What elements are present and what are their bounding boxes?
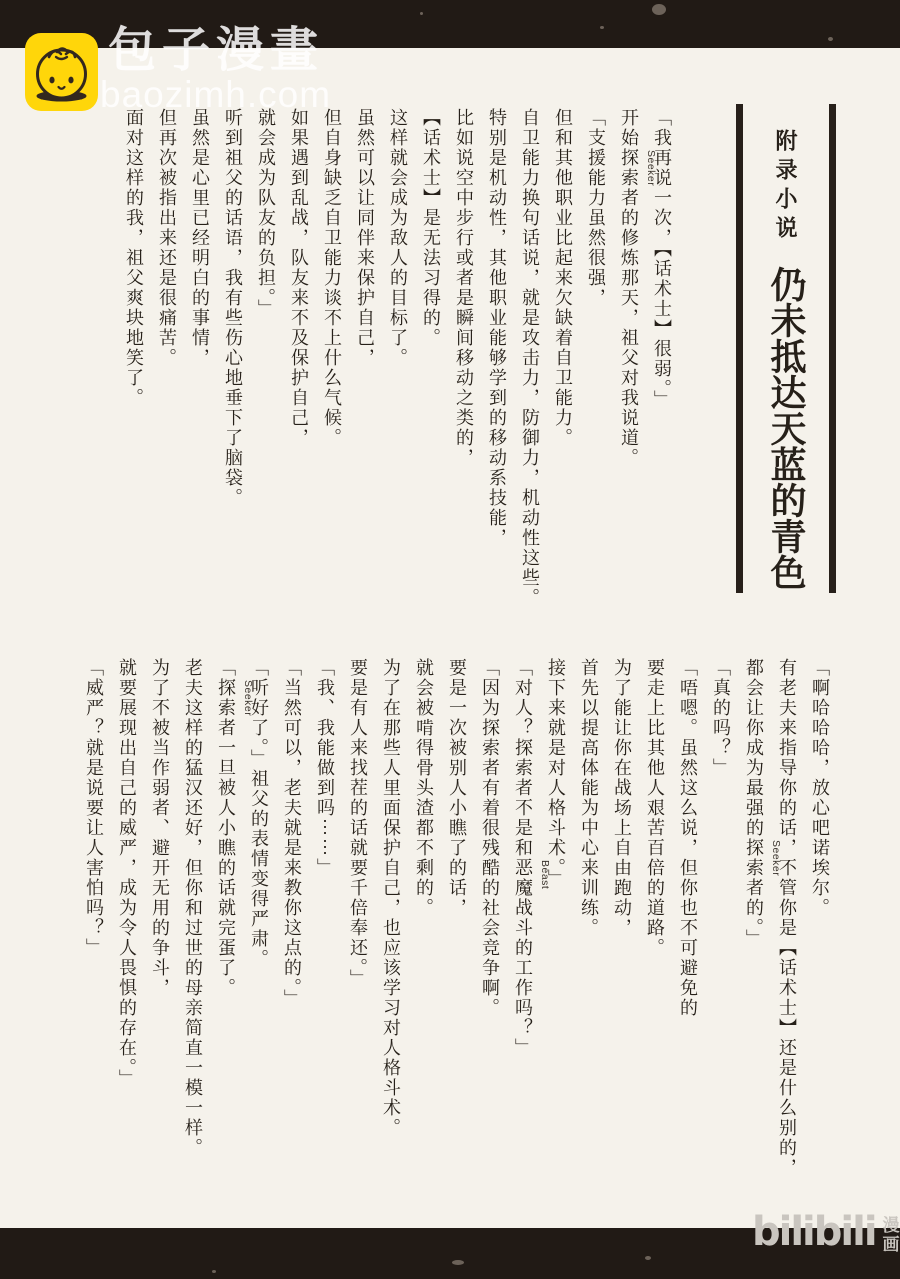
ruby-base: 恶魔Beast [513,858,533,898]
ruby-base: 探索者Seeker [744,838,764,898]
text-column: 有老夫来指导你的话，不管你是【话术士】还是什么别的， [770,658,803,1207]
title-rule-left [736,104,743,593]
texture-speck [600,26,604,29]
text-column: 「因为探索者有着很残酷的社会竞争啊。 [473,658,506,1207]
top-text-block: 「我再说一次，【话术士】很弱。」开始探索者Seeker的修炼那天，祖父对我说道。… [117,108,678,629]
ruby-annotation: Seeker [771,840,782,876]
text-column: 听到祖父的话语，我有些伤心地垂下了脑袋。 [216,108,249,629]
text-column: 但再次被指出来还是很痛苦。 [150,108,183,629]
bilibili-wordmark: bilibili [752,1212,876,1252]
text-column: 老夫这样的猛汉还好，但你和过世的母亲简直一模一样。 [176,658,209,1207]
text-column: 但和其他职业比起来欠缺着自卫能力。 [546,108,579,629]
text-column: 虽然可以让同伴来保护自己， [348,108,381,629]
novel-title: 仍未抵达天蓝的青色 [768,266,804,590]
ruby-annotation: Seeker [243,680,254,716]
text-column: 比如说空中步行或者是瞬间移动之类的， [447,108,480,629]
text-column: 为了在那些人里面保护自己，也应该学习对人格斗术。 [374,658,407,1207]
text-column: 「探索者Seeker一旦被人小瞧的话就完蛋了。 [209,658,242,1207]
appendix-label: 附录小说 [774,129,796,245]
texture-speck [652,4,666,15]
text-column: 「我、我能做到吗⋯⋯」 [308,658,341,1207]
text-column: 为了不被当作弱者、避开无用的争斗， [143,658,176,1207]
texture-speck [452,1260,464,1265]
text-column: 但自身缺乏自卫能力谈不上什么气候。 [315,108,348,629]
texture-speck [828,37,833,41]
ruby-annotation: Beast [540,860,551,889]
text-column: 开始探索者Seeker的修炼那天，祖父对我说道。 [612,108,645,629]
bilibili-manga-label: 漫画 [881,1216,898,1254]
text-column: 「当然可以，老夫就是来教你这点的。」 [275,658,308,1207]
text-column: 就会成为队友的负担。」 [249,108,282,629]
manga-novel-page: 包子漫畫 baozimh.com 附录小说 仍未抵达天蓝的青色 「我再说一次，【… [0,0,900,1279]
watermark-site-name: 包子漫畫 [108,26,324,76]
text-column: 虽然是心里已经明白的事情， [183,108,216,629]
text-column: 自卫能力换句话说，就是攻击力，防御力，机动性这些。 [513,108,546,629]
text-column: 要是一次被别人小瞧了的话， [440,658,473,1207]
text-column: 特别是机动性，其他职业能够学到的移动系技能， [480,108,513,629]
text-column: 要走上比其他人艰苦百倍的道路。 [638,658,671,1207]
text-column: 都会让你成为最强的探索者Seeker的。」 [737,658,770,1207]
text-column: 要是有人来找茬的话就要千倍奉还。」 [341,658,374,1207]
bottom-text-block: 「啊哈哈哈，放心吧诺埃尔。有老夫来指导你的话，不管你是【话术士】还是什么别的，都… [77,658,836,1207]
texture-speck [420,12,423,15]
ruby-base: 探索者Seeker [216,678,236,738]
text-column: 【话术士】是无法习得的。 [414,108,447,629]
text-column: 「啊哈哈哈，放心吧诺埃尔。 [803,658,836,1207]
text-column: 就要展现出自己的威严，成为令人畏惧的存在。」 [110,658,143,1207]
text-column: 「听好了。」祖父的表情变得严肃。 [242,658,275,1207]
bilibili-manga-logo: bilibili 漫画 [752,1212,898,1254]
text-column: 就会被啃得骨头渣都不剩的。 [407,658,440,1207]
text-column: 接下来就是对人格斗术。」 [539,658,572,1207]
text-column: 「真的吗？」 [704,658,737,1207]
text-column: 「对人？探索者不是和恶魔Beast战斗的工作吗？」 [506,658,539,1207]
text-column: 「威严？就是说要让人害怕吗？」 [77,658,110,1207]
ruby-base: 探索者Seeker [619,148,639,208]
ruby-annotation: Seeker [646,150,657,186]
text-column: 首先以提高体能为中心来训练。 [572,658,605,1207]
text-column: 「支援能力虽然很强， [579,108,612,629]
text-column: 「唔嗯。虽然这么说，但你也不可避免的 [671,658,704,1207]
text-column: 为了能让你在战场上自由跑动， [605,658,638,1207]
texture-speck [212,1270,216,1273]
text-column: 面对这样的我，祖父爽块地笑了。 [117,108,150,629]
baozi-logo-icon [25,33,98,111]
title-rule-right [829,104,836,593]
text-column: 如果遇到乱战，队友来不及保护自己， [282,108,315,629]
text-column: 这样就会成为敌人的目标了。 [381,108,414,629]
texture-speck [645,1256,651,1260]
